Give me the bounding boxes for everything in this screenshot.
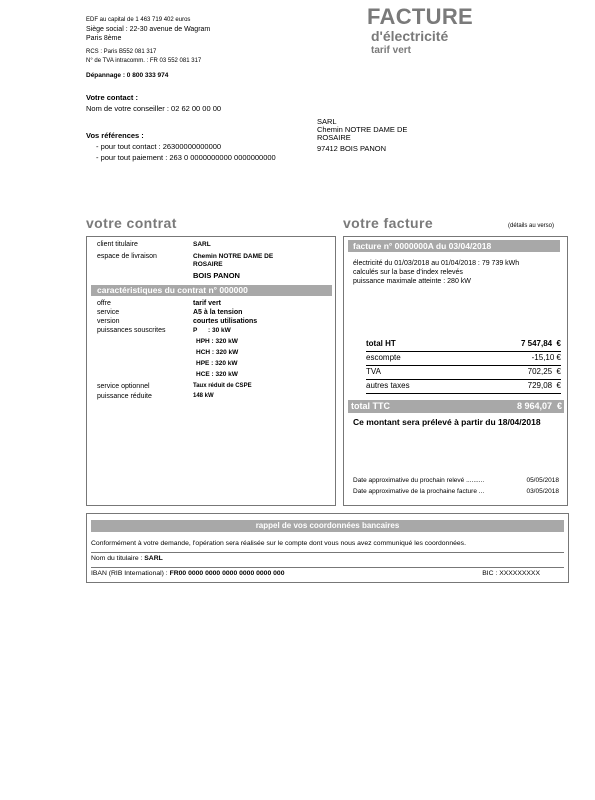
- consumption-line: électricité du 01/03/2018 au 01/04/2018 …: [353, 259, 519, 268]
- version-label: version: [97, 317, 120, 326]
- emergency-number: Dépannage : 0 800 333 974: [86, 72, 168, 79]
- discount-row: escompte -15,10 €: [366, 351, 561, 366]
- discount-value: -15,10 €: [532, 351, 561, 365]
- company-rcs: RCS : Paris B552 081 317: [86, 48, 210, 57]
- contract-box: client titulaire SARL espace de livraiso…: [86, 236, 336, 506]
- total-ht-row: total HT 7 547,84 €: [366, 337, 561, 352]
- power-hce-value: HCE : 320 kW: [196, 370, 238, 379]
- power-label: puissances souscrites: [97, 326, 165, 335]
- power-hpe-value: HPE : 320 kW: [196, 359, 238, 368]
- recipient-street-2: ROSAIRE: [317, 134, 407, 142]
- document-title: FACTURE d'électricité tarif vert: [367, 5, 473, 57]
- company-info: EDF au capital de 1 463 719 402 euros Si…: [86, 16, 210, 66]
- invoice-number-bar: facture n° 0000000A du 03/04/2018: [348, 240, 560, 252]
- invoice-section-title: votre facture: [343, 215, 433, 231]
- vat-value: 702,25 €: [528, 365, 561, 379]
- reduced-power-label: puissance réduite: [97, 392, 152, 401]
- holder-label: Nom du titulaire :: [91, 555, 144, 562]
- iban-label: IBAN (RIB International) :: [91, 570, 170, 577]
- iban-row: IBAN (RIB International) : FR00 0000 000…: [91, 567, 564, 580]
- recipient-address: SARL Chemin NOTRE DAME DE ROSAIRE 97412 …: [317, 118, 407, 153]
- company-capital: EDF au capital de 1 463 719 402 euros: [86, 16, 210, 25]
- debit-notice: Ce montant sera prélevé à partir du 18/0…: [353, 417, 541, 427]
- references-heading: Vos références :: [86, 130, 276, 141]
- reference-payment: - pour tout paiement : 263 0 0000000000 …: [86, 152, 276, 163]
- power-hph-value: HPH : 320 kW: [196, 337, 238, 346]
- bic-value: BIC : XXXXXXXXX: [482, 568, 540, 580]
- references-block: Vos références : - pour tout contact : 2…: [86, 130, 276, 163]
- optional-service-label: service optionnel: [97, 382, 150, 391]
- other-taxes-label: autres taxes: [366, 379, 410, 393]
- client-value: SARL: [193, 240, 211, 249]
- next-invoice-date: 03/05/2018: [526, 486, 559, 498]
- contact-heading: Votre contact :: [86, 92, 221, 103]
- power-p-value: P : 30 kW: [193, 326, 231, 335]
- service-label: service: [97, 308, 119, 317]
- reference-contact: - pour tout contact : 26300000000000: [86, 141, 276, 152]
- max-power-line: puissance maximale atteinte : 280 kW: [353, 277, 471, 286]
- contact-block: Votre contact : Nom de votre conseiller …: [86, 92, 221, 114]
- offer-value: tarif vert: [193, 299, 221, 308]
- holder-value: SARL: [144, 555, 163, 562]
- total-ttc-bar: total TTC 8 964,07 €: [348, 400, 564, 413]
- title-subtitle: d'électricité: [371, 29, 473, 44]
- details-note: (détails au verso): [508, 223, 554, 229]
- offer-label: offre: [97, 299, 111, 308]
- basis-line: calculés sur la base d'index relevés: [353, 268, 463, 277]
- service-value: A5 à la tension: [193, 308, 242, 317]
- recipient-zip-city: 97412 BOIS PANON: [317, 145, 407, 153]
- power-hch-value: HCH : 320 kW: [196, 348, 238, 357]
- delivery-label: espace de livraison: [97, 252, 157, 261]
- company-city: Paris 8ème: [86, 34, 210, 43]
- title-facture: FACTURE: [367, 5, 473, 29]
- reduced-power-value: 148 kW: [193, 392, 214, 401]
- vat-label: TVA: [366, 365, 381, 379]
- vat-row: TVA 702,25 €: [366, 365, 561, 380]
- other-taxes-value: 729,08 €: [528, 379, 561, 393]
- bank-details-bar: rappel de vos coordonnées bancaires: [91, 520, 564, 532]
- client-label: client titulaire: [97, 240, 138, 249]
- delivery-line-3: BOIS PANON: [193, 271, 240, 280]
- next-invoice-label: Date approximative de la prochaine factu…: [353, 486, 484, 498]
- bank-notice: Conformément à votre demande, l'opératio…: [91, 538, 564, 550]
- contract-characteristics-bar: caractéristiques du contrat n° 000000: [91, 285, 332, 296]
- company-vat: N° de TVA intracomm. : FR 03 552 081 317: [86, 57, 210, 66]
- invoice-box: facture n° 0000000A du 03/04/2018 électr…: [343, 236, 568, 506]
- optional-service-value: Taux réduit de CSPE: [193, 382, 252, 391]
- contract-section-title: votre contrat: [86, 215, 177, 231]
- total-ht-label: total HT: [366, 337, 396, 351]
- total-ttc-value: 8 964,07 €: [517, 400, 562, 413]
- version-value: courtes utilisations: [193, 317, 257, 326]
- total-ht-value: 7 547,84 €: [521, 337, 561, 351]
- total-ttc-label: total TTC: [351, 400, 390, 413]
- delivery-line-2: ROSAIRE: [193, 261, 223, 269]
- iban-value: FR00 0000 0000 0000 0000 0000 000: [170, 570, 285, 577]
- account-holder-row: Nom du titulaire : SARL: [91, 552, 564, 565]
- title-tariff: tarif vert: [371, 44, 473, 57]
- bank-details-box: rappel de vos coordonnées bancaires Conf…: [86, 513, 569, 583]
- company-head-office: Siège social : 22-30 avenue de Wagram: [86, 25, 210, 34]
- other-taxes-row: autres taxes 729,08 €: [366, 379, 561, 394]
- contact-advisor: Nom de votre conseiller : 02 62 00 00 00: [86, 103, 221, 114]
- discount-label: escompte: [366, 351, 401, 365]
- delivery-line-1: Chemin NOTRE DAME DE: [193, 253, 273, 261]
